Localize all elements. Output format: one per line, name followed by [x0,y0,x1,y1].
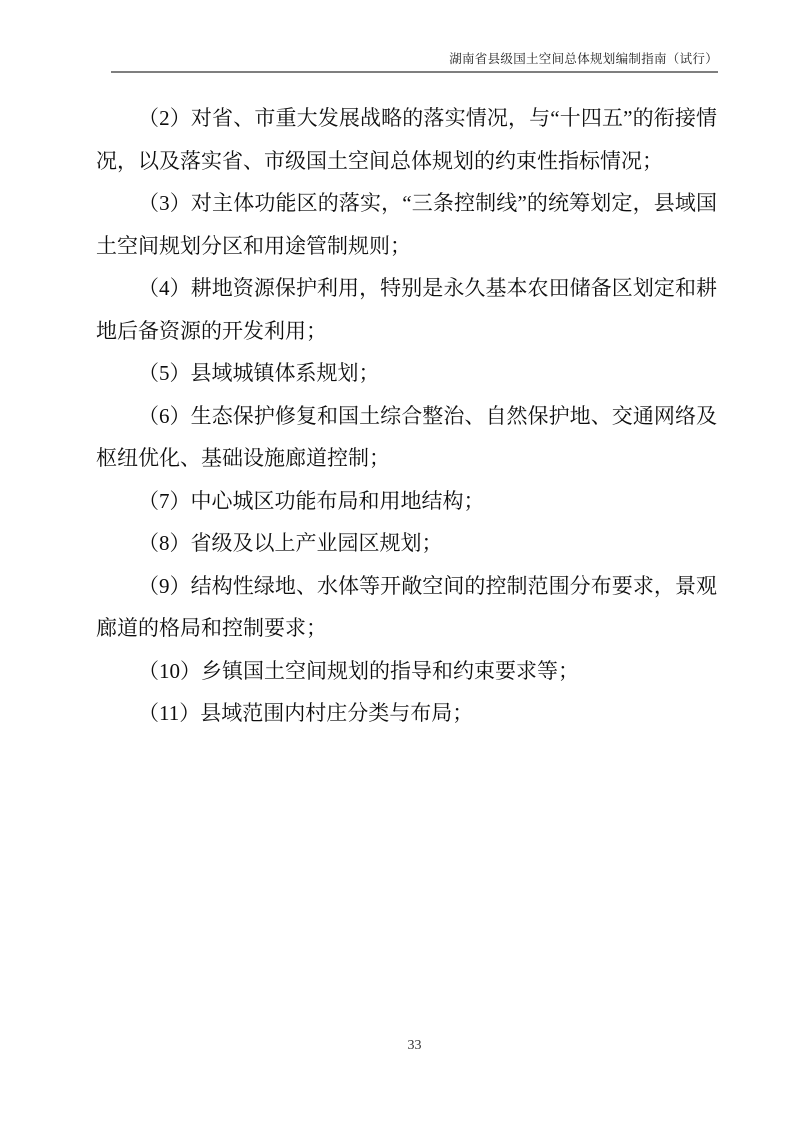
list-item-2: （2）对省、市重大发展战略的落实情况，与“十四五”的衔接情况，以及落实省、市级国… [96,97,717,182]
list-item-11: （11）县域范围内村庄分类与布局； [96,692,717,735]
list-item-10: （10）乡镇国土空间规划的指导和约束要求等； [96,650,717,693]
list-item-9: （9）结构性绿地、水体等开敞空间的控制范围分布要求，景观廊道的格局和控制要求； [96,565,717,650]
header-rule [111,71,718,73]
header-title: 湖南省县级国土空间总体规划编制指南（试行） [111,50,718,68]
list-item-5: （5）县域城镇体系规划； [96,352,717,395]
document-page: 湖南省县级国土空间总体规划编制指南（试行） （2）对省、市重大发展战略的落实情况… [0,0,793,1122]
page-header: 湖南省县级国土空间总体规划编制指南（试行） [111,50,718,73]
list-item-4: （4）耕地资源保护利用，特别是永久基本农田储备区划定和耕地后备资源的开发利用； [96,267,717,352]
document-body: （2）对省、市重大发展战略的落实情况，与“十四五”的衔接情况，以及落实省、市级国… [96,97,717,735]
list-item-8: （8）省级及以上产业园区规划； [96,522,717,565]
list-item-7: （7）中心城区功能布局和用地结构； [96,480,717,523]
list-item-3: （3）对主体功能区的落实，“三条控制线”的统筹划定，县域国土空间规划分区和用途管… [96,182,717,267]
page-footer: 33 [0,1036,793,1054]
page-number: 33 [408,1038,422,1053]
list-item-6: （6）生态保护修复和国土综合整治、自然保护地、交通网络及枢纽优化、基础设施廊道控… [96,395,717,480]
